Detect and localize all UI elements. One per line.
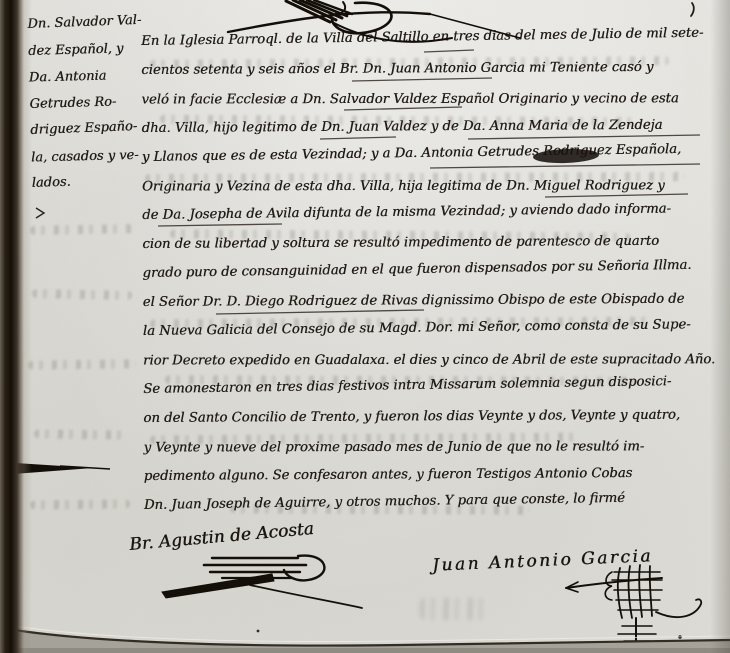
record-line: la Nueva Galicia del Consejo de su Magd.… (143, 310, 729, 346)
acosta-rubric-icon (162, 556, 362, 608)
margin-line: Da. Antonia (29, 63, 146, 92)
left-edge-ink-slash (0, 462, 93, 475)
signature-garcia: Juan Antonio Garcia (432, 546, 654, 576)
ink-bleed-streak (30, 224, 135, 235)
page-bottom-edge (0, 624, 730, 653)
margin-note: Dn. Salvador Val- dez Español, y Da. Ant… (27, 9, 148, 198)
record-line: on del Santo Concilio de Trento, y fuero… (143, 400, 729, 433)
record-line: de Da. Josepha de Avila difunta de la mi… (142, 194, 728, 230)
margin-line: Dn. Salvador Val- (27, 8, 144, 39)
record-text: En la Iglesia Parroql. de la Villa del S… (141, 23, 730, 520)
corner-pen-mark (691, 3, 694, 16)
ink-bleed-smudge (420, 598, 490, 620)
margin-line: dez Español, y (28, 35, 145, 65)
signature-acosta: Br. Agustin de Acosta (128, 519, 314, 555)
record-line: En la Iglesia Parroql. de la Villa del S… (141, 18, 727, 56)
margin-tick-mark (36, 208, 44, 218)
manuscript-page-scan: Dn. Salvador Val- dez Español, y Da. Ant… (0, 0, 730, 653)
ink-bleed-streak (30, 499, 130, 509)
garcia-rubric-icon (257, 565, 716, 650)
margin-line: driguez Españo- (30, 114, 147, 145)
record-line: cientos setenta y seis años el Br. Dn. J… (141, 52, 727, 85)
margin-line: lados. (31, 167, 148, 197)
left-edge-ink-slash-tail (60, 466, 110, 469)
ink-bleed-streak (32, 289, 132, 300)
record-line: veló in facie Ecclesiæ a Dn. Salvador Va… (141, 84, 727, 114)
ink-bleed-streak (28, 359, 136, 370)
binding-gutter-edge (0, 0, 32, 653)
record-line: y Veynte y nueve del proxime pasado mes … (144, 432, 730, 462)
ink-bleed-streak (34, 429, 129, 439)
